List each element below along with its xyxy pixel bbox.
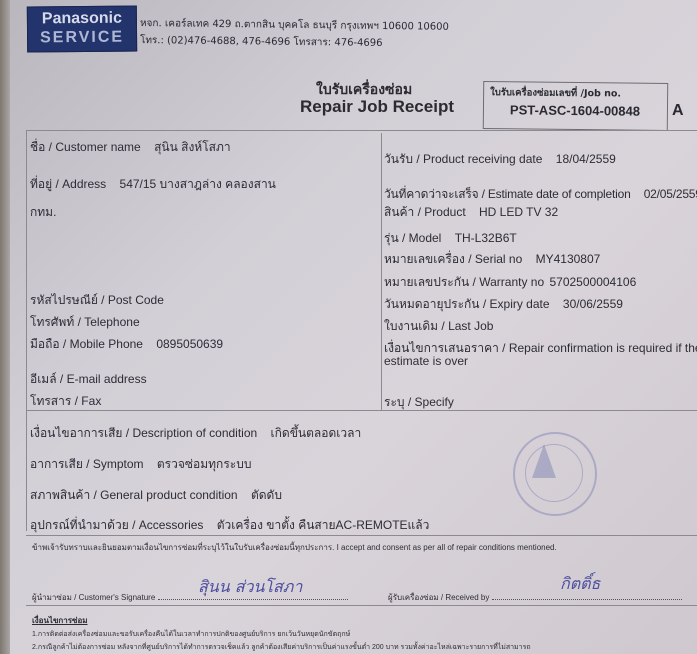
customer-signature-label: ผู้นำมาซ่อม / Customer's Signature [32,593,155,602]
customer-name-field: ชื่อ / Customer name สุนิน สิงห์โสภา [30,138,231,157]
symptom-field: อาการเสีย / Symptom ตรวจซ่อมทุกระบบ [30,455,251,474]
serial-value: MY4130807 [536,252,601,266]
expiry-field: วันหมดอายุประกัน / Expiry date 30/06/255… [384,295,623,314]
row-divider [26,605,697,606]
received-by-field: ผู้รับเครื่องซ่อม / Received by [388,591,682,604]
panasonic-service-logo: Panasonic SERVICE [27,6,137,53]
address-field: ที่อยู่ / Address 547/15 บางสาฎล่าง คลอง… [30,175,276,194]
model-label: รุ่น / Model [384,231,441,245]
receiving-date-value: 18/04/2559 [556,152,616,166]
received-by-line [492,599,682,600]
received-by-signature: กิตติ์ธ [560,572,600,597]
paper-edge [0,0,10,654]
company-phone: โทร.: (02)476-4688, 476-4696 โทรสาร: 476… [140,33,383,51]
telephone-label: โทรศัพท์ / Telephone [30,313,140,332]
terms-item-2: 2.กรณีลูกค้าไม่ต้องการซ่อม หลังจากที่ศูน… [32,642,531,653]
terms-item-1: 1.การติดต่อส่งเครื่องซ่อมและขอรับเครื่อง… [32,629,350,640]
repair-confirmation-label-line2: estimate is over [384,354,468,368]
description-field: เงื่อนไขอาการเสีย / Description of condi… [30,424,361,443]
address-label: ที่อยู่ / Address [30,177,106,191]
warranty-field: หมายเลขประกัน / Warranty no 570250000410… [384,273,636,292]
column-divider [381,133,382,410]
product-label: สินค้า / Product [384,205,466,219]
symptom-value: ตรวจซ่อมทุกระบบ [157,457,252,471]
company-stamp [513,432,597,516]
stamp-emblem [532,444,556,478]
accessories-label: อุปกรณ์ที่นำมาด้วย / Accessories [30,518,203,532]
model-value: TH-L32B6T [455,231,517,245]
estimate-date-label: วันที่คาดว่าจะเสร็จ / Estimate date of c… [384,187,631,201]
symptom-label: อาการเสีย / Symptom [30,457,144,471]
general-condition-field: สภาพสินค้า / General product condition ต… [30,486,282,505]
fax-label: โทรสาร / Fax [30,392,101,411]
model-field: รุ่น / Model TH-L32B6T [384,229,517,248]
terms-heading: เงื่อนไขการซ่อม [32,614,88,627]
warranty-value: 5702500004106 [549,275,636,289]
job-number-value: PST-ASC-1604-00848 [510,102,640,118]
document-title: Repair Job Receipt [300,97,454,117]
logo-brand: Panasonic [28,9,136,30]
received-by-label: ผู้รับเครื่องซ่อม / Received by [388,593,489,602]
warranty-label: หมายเลขประกัน / Warranty no [384,275,544,289]
general-condition-value: ตัดดับ [251,488,282,502]
job-number-label: ใบรับเครื่องซ่อมเลขที่ /Job no. [490,85,621,101]
job-number-box: ใบรับเครื่องซ่อมเลขที่ /Job no. PST-ASC-… [483,81,668,131]
serial-label: หมายเลขเครื่อง / Serial no [384,252,522,266]
mobile-value: 0895050639 [156,337,223,351]
receiving-date-field: วันรับ / Product receiving date 18/04/25… [384,150,616,169]
last-job-label: ใบงานเดิม / Last Job [384,317,493,336]
estimate-date-field: วันที่คาดว่าจะเสร็จ / Estimate date of c… [384,185,697,204]
customer-name-value: สุนิน สิงห์โสภา [154,140,231,154]
expiry-value: 30/06/2559 [563,297,623,311]
customer-signature: สุินน ส่วนโสภา [198,575,302,600]
description-label: เงื่อนไขอาการเสีย / Description of condi… [30,426,257,440]
product-value: HD LED TV 32 [479,205,558,219]
general-condition-label: สภาพสินค้า / General product condition [30,488,238,502]
mobile-field: มือถือ / Mobile Phone 0895050639 [30,335,223,354]
mobile-label: มือถือ / Mobile Phone [30,337,143,351]
row-divider [26,410,697,411]
copy-letter: A [672,102,684,120]
logo-service: SERVICE [28,29,136,48]
expiry-label: วันหมดอายุประกัน / Expiry date [384,297,550,311]
product-field: สินค้า / Product HD LED TV 32 [384,203,558,222]
description-value: เกิดขึ้นตลอดเวลา [271,426,362,440]
row-divider [26,535,697,536]
company-address: หจก. เคอร์ลเทค 429 ถ.ตากสิน บุคคโล ธนบุร… [140,16,449,35]
accessories-field: อุปกรณ์ที่นำมาด้วย / Accessories ตัวเครื… [30,516,429,535]
address-value-line2: กทม. [30,203,56,222]
postcode-label: รหัสไปรษณีย์ / Post Code [30,291,164,310]
receiving-date-label: วันรับ / Product receiving date [384,152,542,166]
email-label: อีเมล์ / E-mail address [30,370,147,389]
consent-statement: ข้าพเจ้ารับทราบและยินยอมตามเงื่อนไขการซ่… [32,541,557,554]
serial-field: หมายเลขเครื่อง / Serial no MY4130807 [384,250,600,269]
specify-label: ระบุ / Specify [384,393,454,412]
accessories-value: ตัวเครื่อง ขาตั้ง คืนสายAC-REMOTEแล้ว [217,518,430,532]
estimate-date-value: 02/05/2559 [644,187,697,201]
customer-name-label: ชื่อ / Customer name [30,140,141,154]
address-value: 547/15 บางสาฎล่าง คลองสาน [120,177,276,191]
